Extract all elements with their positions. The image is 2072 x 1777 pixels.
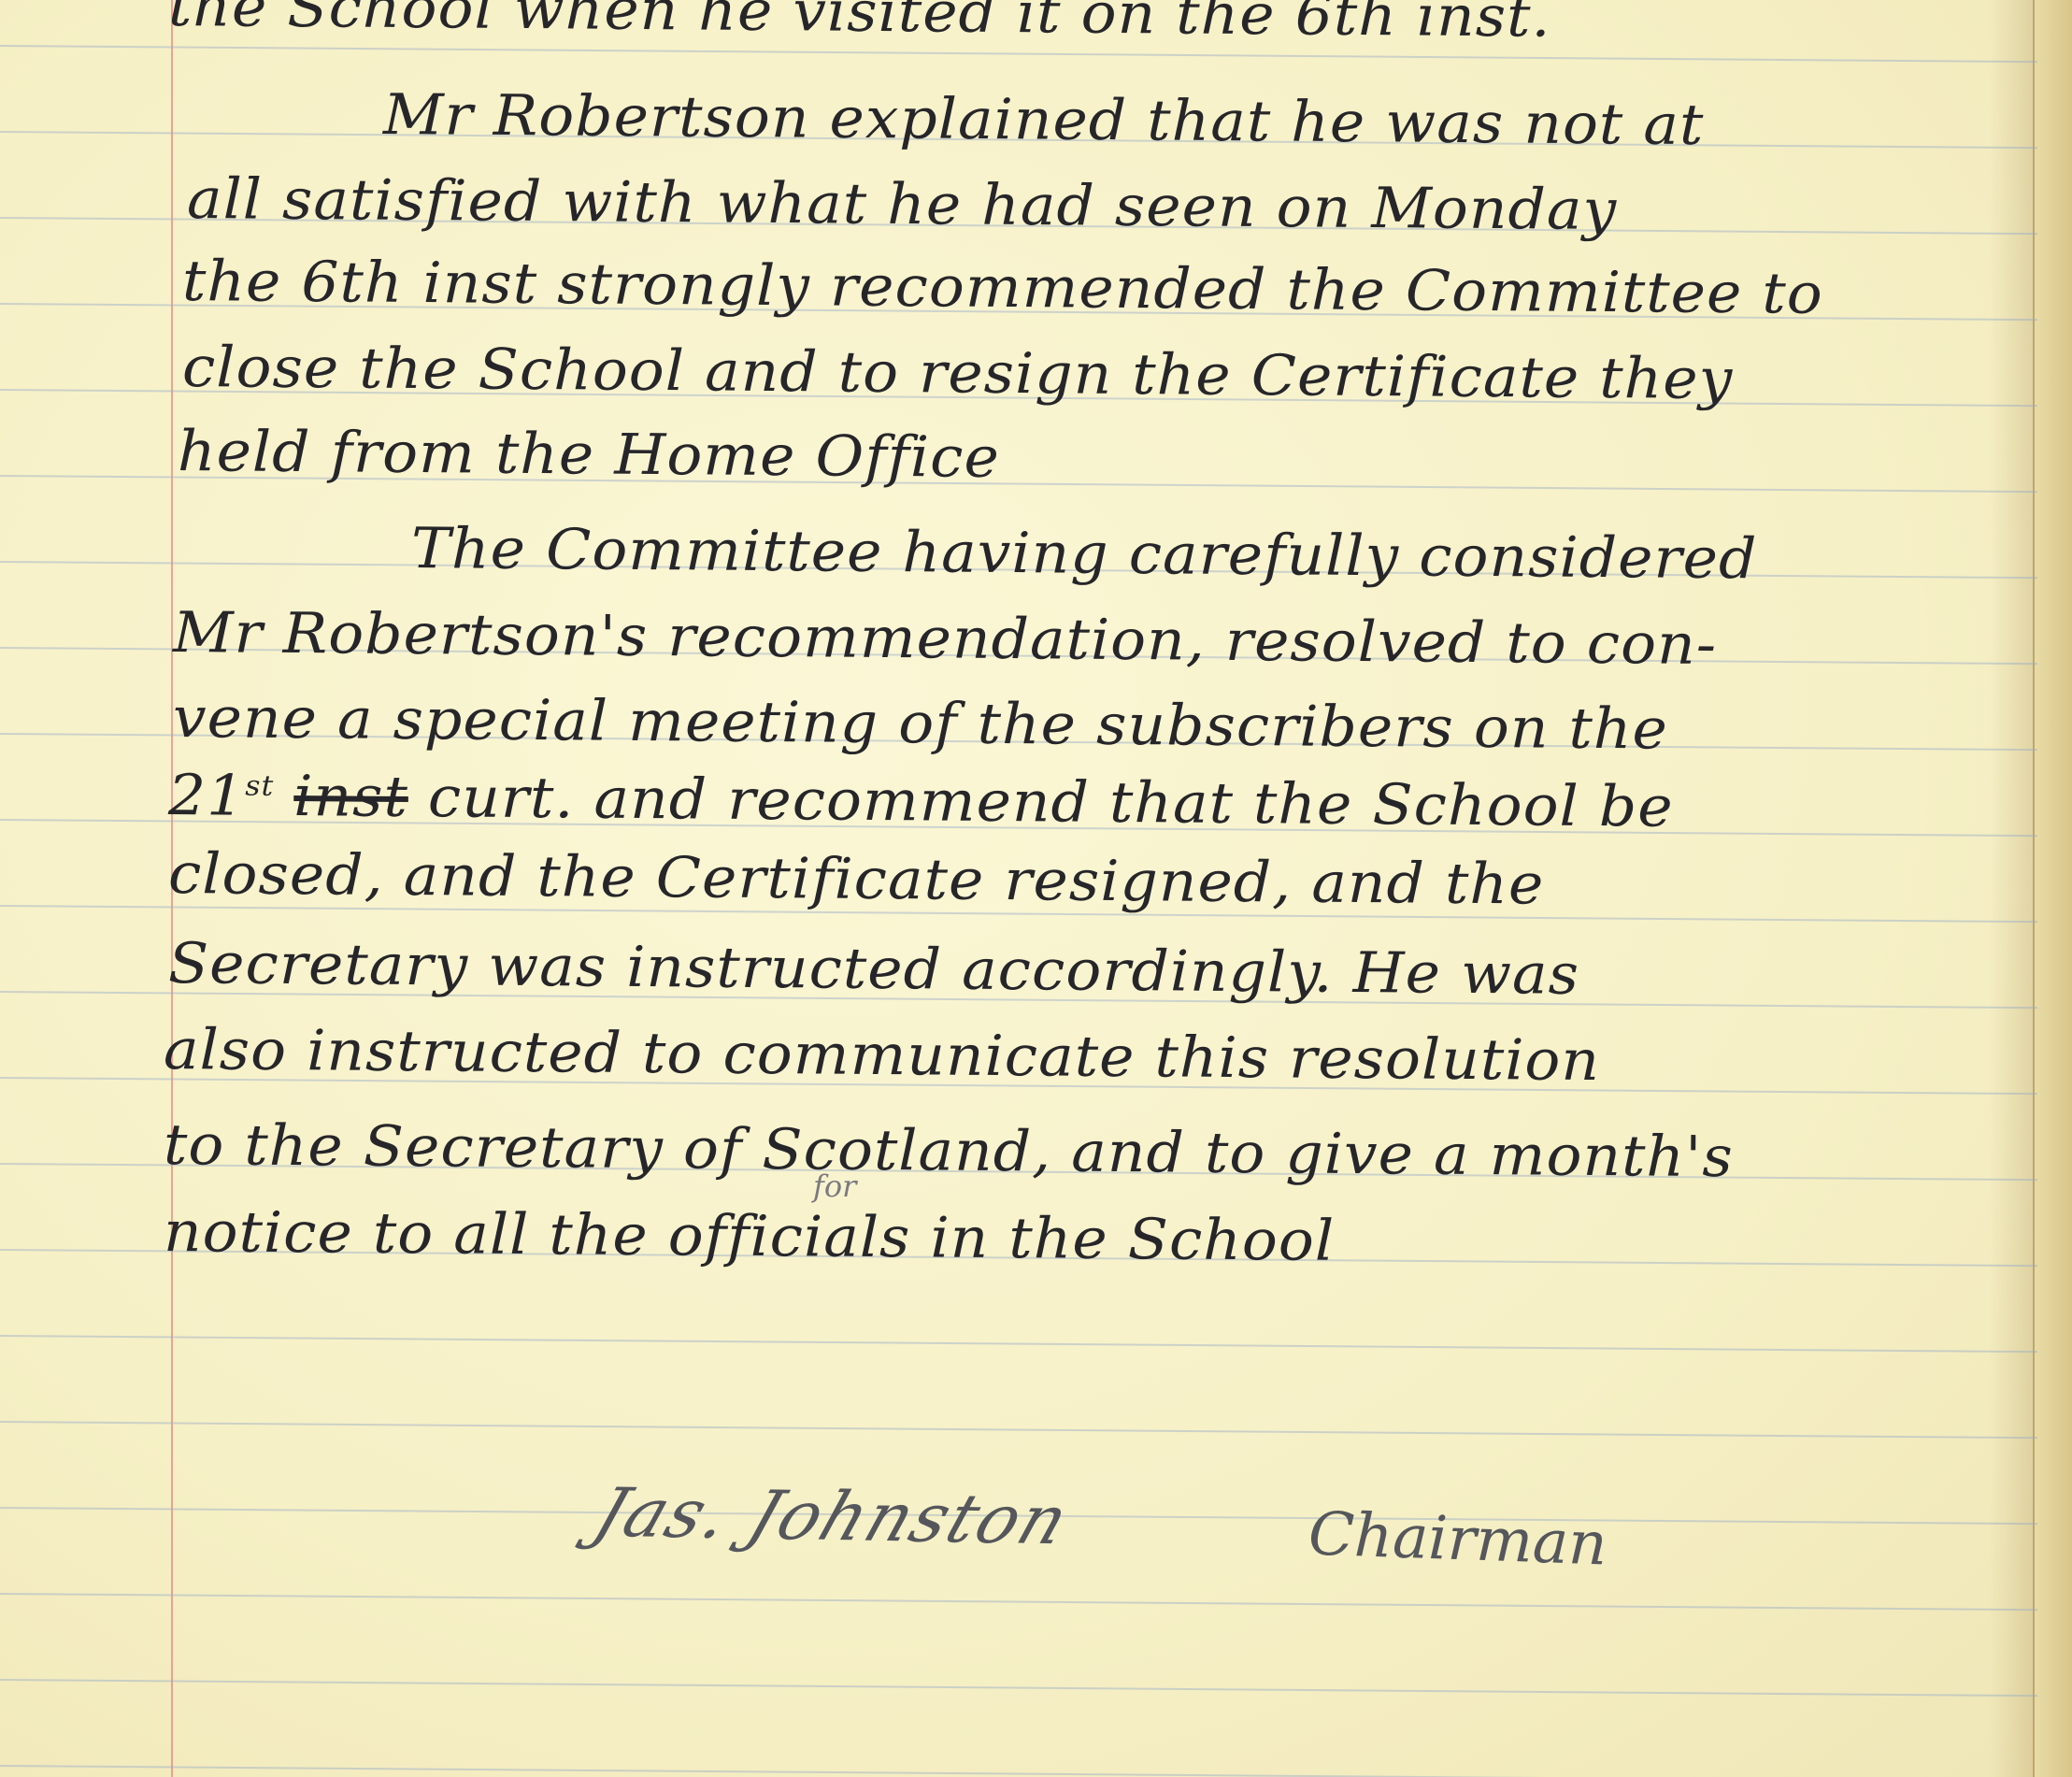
- chairman-signature: Jas. Johnston: [585, 1473, 1080, 1559]
- handwritten-line: held from the Home Office: [178, 419, 1000, 491]
- handwritten-line: Mr Robertson explained that he was not a…: [383, 82, 1705, 158]
- handwritten-line: all satisfied with what he had seen on M…: [187, 166, 1618, 243]
- handwritten-line: close the School and to resign the Certi…: [182, 335, 1734, 412]
- signature-title: Chairman: [1308, 1499, 1608, 1579]
- rule-line: [0, 1679, 2037, 1697]
- rule-line: [0, 1421, 2037, 1439]
- handwritten-line: also instructed to communicate this reso…: [164, 1017, 1601, 1094]
- handwritten-line: Secretary was instructed accordingly. He…: [168, 931, 1580, 1008]
- rule-line: [0, 1335, 2037, 1353]
- handwritten-line: the School when he visited it on the 6th…: [168, 0, 1551, 50]
- rule-line: [0, 45, 2037, 63]
- handwritten-line: vene a special meeting of the subscriber…: [173, 685, 1668, 763]
- rule-line: [0, 1765, 2037, 1777]
- handwritten-line: Mr Robertson's recommendation, resolved …: [173, 600, 1718, 678]
- pencil-insertion: for: [813, 1168, 856, 1204]
- handwritten-line: to the Secretary of Scotland, and to giv…: [164, 1112, 1734, 1190]
- handwritten-line: the 6th inst strongly recommended the Co…: [182, 249, 1823, 327]
- rule-line: [0, 1593, 2037, 1611]
- handwritten-line-21st: 21st inst curt. and recommend that the S…: [168, 763, 1674, 840]
- page-edge: [2033, 0, 2072, 1777]
- handwritten-line: closed, and the Certificate resigned, an…: [168, 841, 1545, 918]
- manuscript-page: the School when he visited it on the 6th…: [0, 0, 2072, 1777]
- struck-word: inst: [293, 764, 408, 830]
- handwritten-line: notice to all the officials in the Schoo…: [164, 1199, 1336, 1274]
- handwritten-line: The Committee having carefully considere…: [411, 516, 1758, 592]
